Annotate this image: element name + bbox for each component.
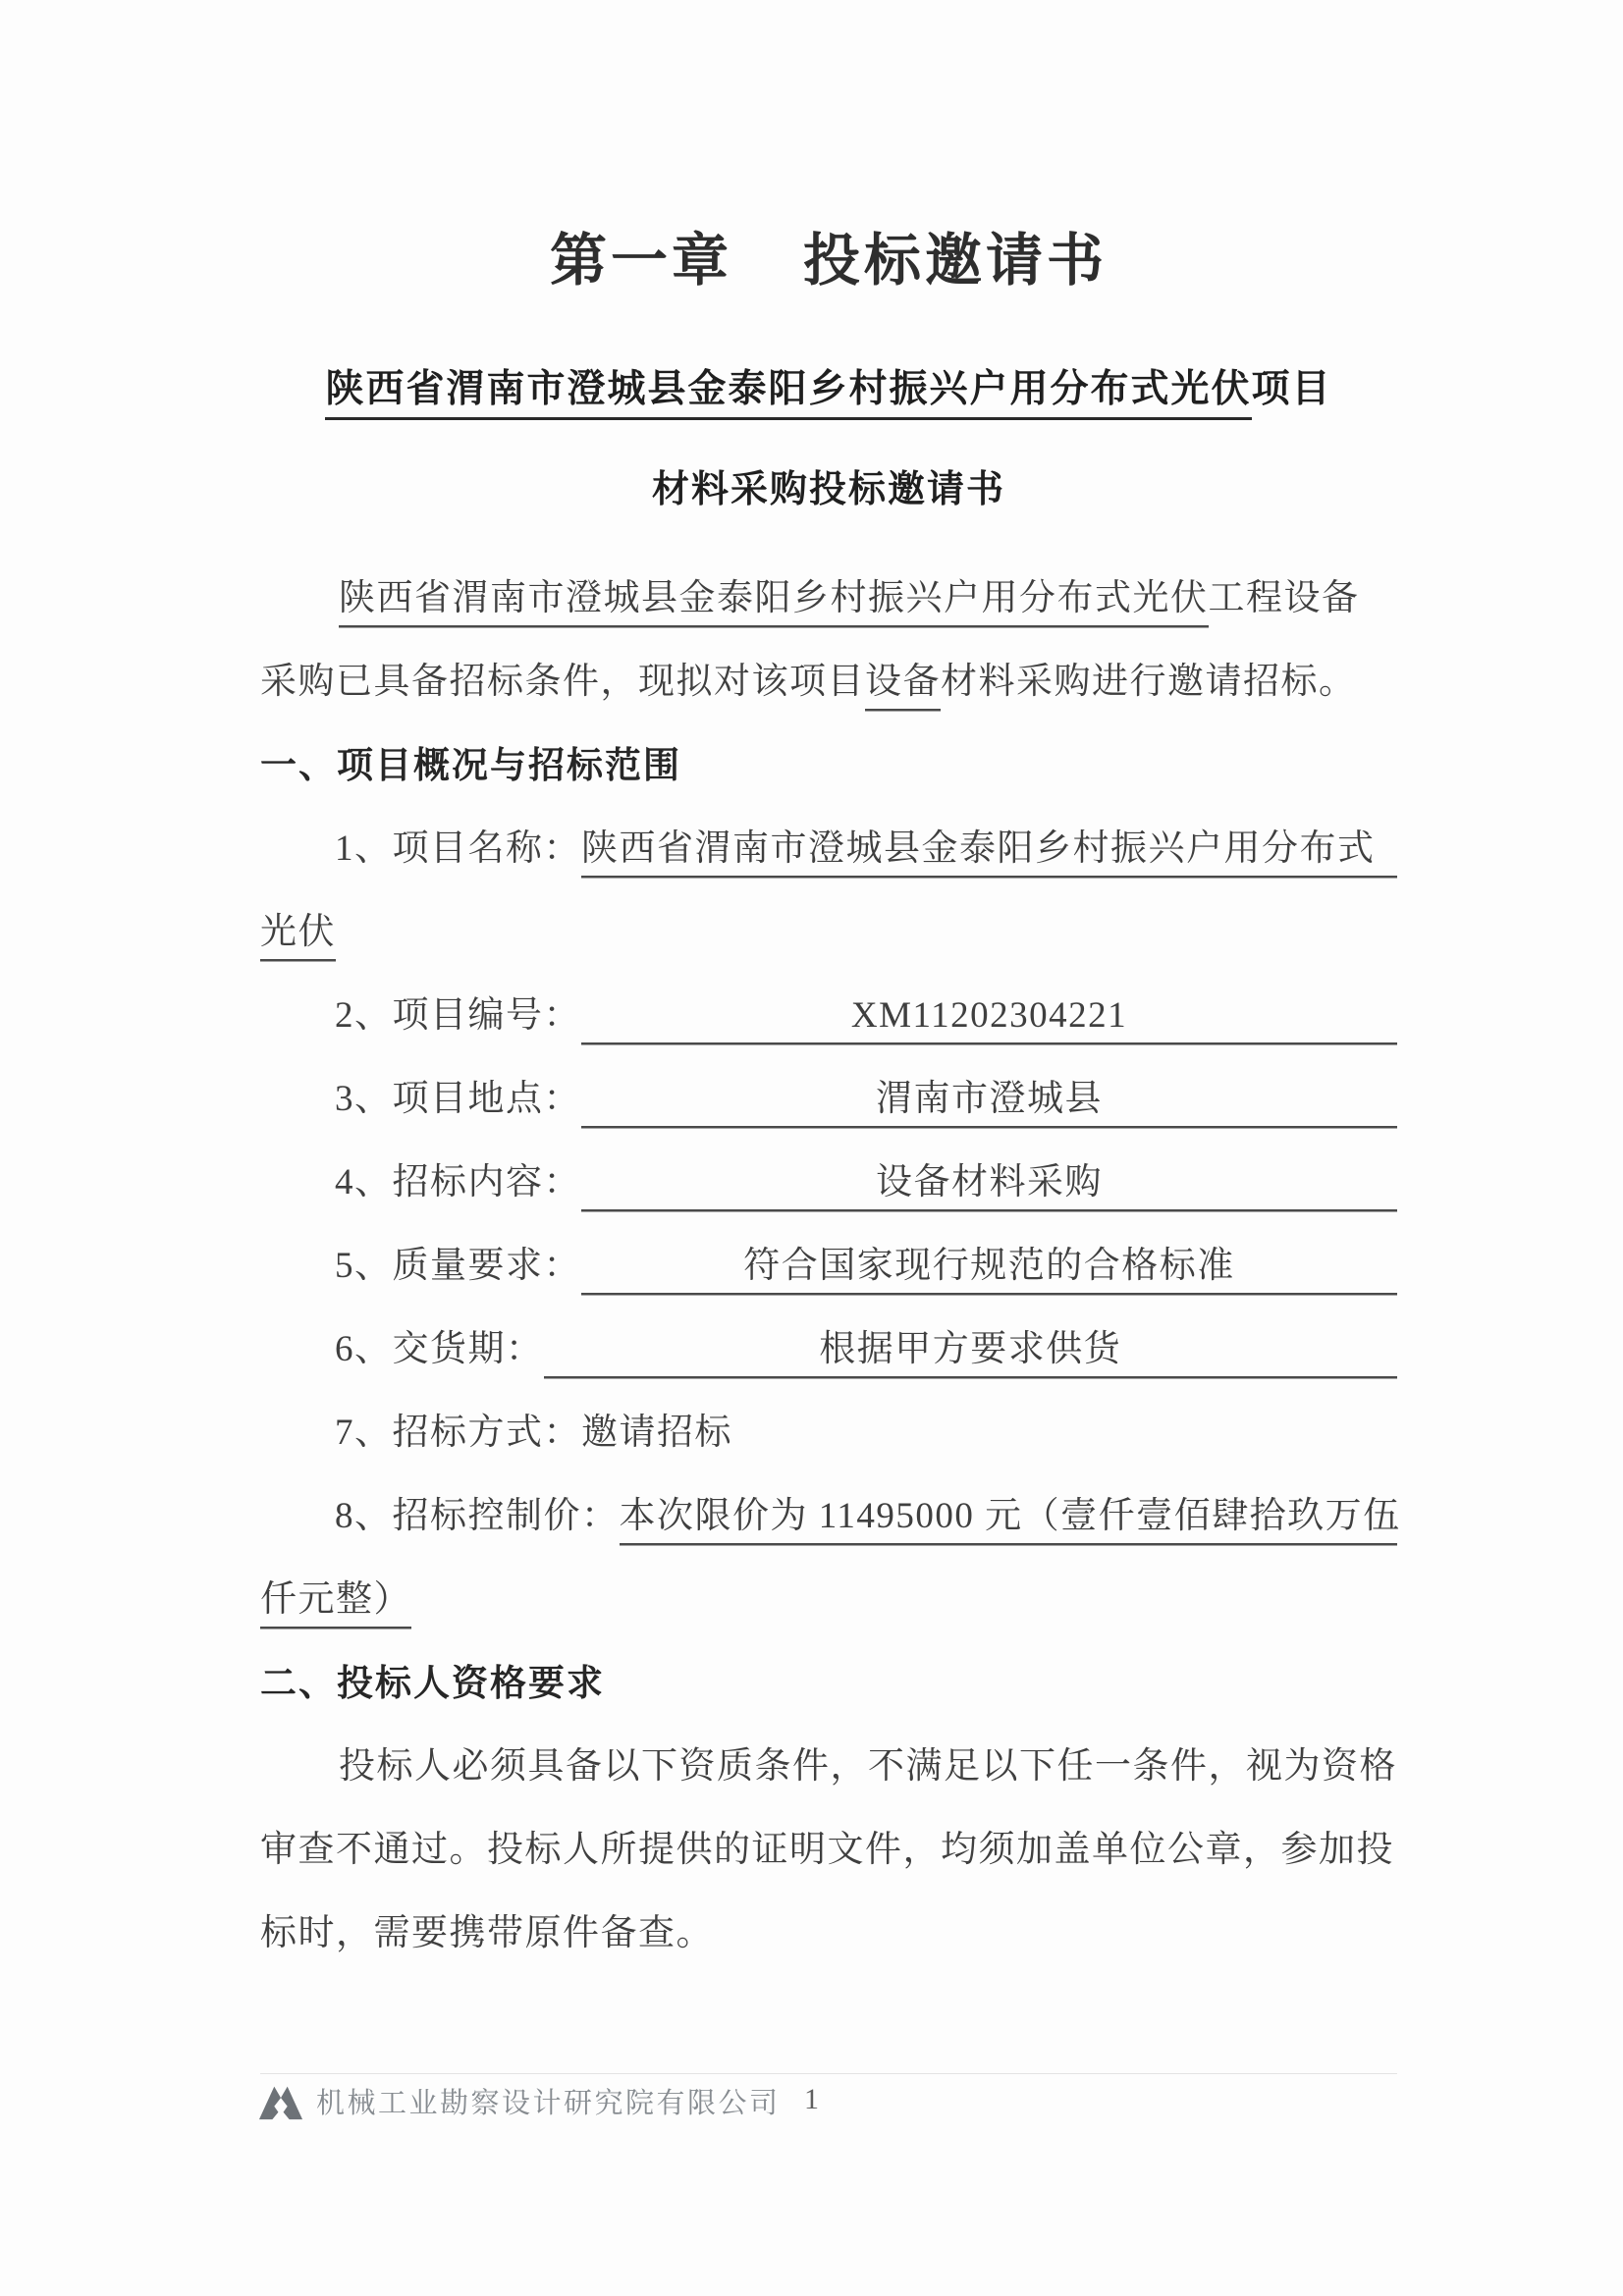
- qualification-line-1: 投标人必须具备以下资质条件，不满足以下任一条件，视为资格: [260, 1725, 1397, 1808]
- document-subtitle: 材料采购投标邀请书: [260, 444, 1397, 537]
- item-value-underlined: 根据甲方要求供货: [544, 1308, 1398, 1391]
- item-value-underlined: XM11202304221: [581, 974, 1397, 1057]
- item-tender-content: 4、招标内容：设备材料采购: [260, 1141, 1397, 1224]
- qualification-line-2: 审查不通过。投标人所提供的证明文件，均须加盖单位公章，参加投: [260, 1808, 1397, 1892]
- item-value-underlined: 渭南市澄城县: [581, 1057, 1397, 1141]
- footer-divider: [260, 2073, 1397, 2074]
- item-value-underlined: 陕西省渭南市澄城县金泰阳乡村振兴户用分布式: [581, 807, 1397, 890]
- item-label: 8、招标控制价：: [335, 1474, 620, 1558]
- item-label: 7、招标方式：: [335, 1391, 581, 1474]
- item-control-price-continuation: 仟元整）: [260, 1558, 1397, 1641]
- intro-equipment-underlined: 设备: [865, 640, 941, 723]
- intro-line-1-rest: 工程设备: [1209, 578, 1360, 618]
- item-label: 3、项目地点：: [335, 1057, 581, 1141]
- intro-line-2-tail: 材料采购进行邀请招标。: [941, 662, 1357, 702]
- project-title-suffix: 项目: [1252, 368, 1332, 410]
- item-value-underlined: 本次限价为 11495000 元（壹仟壹佰肆拾玖万伍: [620, 1474, 1398, 1558]
- item-value-underlined: 仟元整）: [260, 1558, 411, 1641]
- project-title: 陕西省渭南市澄城县金泰阳乡村振兴户用分布式光伏项目: [260, 343, 1397, 436]
- item-value-underlined: 符合国家现行规范的合格标准: [581, 1224, 1397, 1308]
- intro-line-2-text: 采购已具备招标条件，现拟对该项目: [260, 662, 865, 702]
- item-label: 4、招标内容：: [335, 1141, 581, 1224]
- item-delivery-period: 6、交货期：根据甲方要求供货: [260, 1308, 1397, 1391]
- item-project-number: 2、项目编号：XM11202304221: [260, 974, 1397, 1057]
- item-value-underlined: 设备材料采购: [581, 1141, 1397, 1224]
- item-tender-method: 7、招标方式：邀请招标: [260, 1391, 1397, 1474]
- item-project-name: 1、项目名称：陕西省渭南市澄城县金泰阳乡村振兴户用分布式: [260, 807, 1397, 890]
- chapter-title: 第一章投标邀请书: [260, 214, 1397, 307]
- item-value: 邀请招标: [581, 1391, 732, 1474]
- item-label: 1、项目名称：: [335, 807, 581, 890]
- scanned-document-page: 第一章投标邀请书 陕西省渭南市澄城县金泰阳乡村振兴户用分布式光伏项目 材料采购投…: [0, 0, 1623, 2296]
- section-1-heading: 一、项目概况与招标范围: [260, 723, 1397, 807]
- intro-line-1: 陕西省渭南市澄城县金泰阳乡村振兴户用分布式光伏工程设备: [260, 557, 1397, 640]
- item-project-name-continuation: 光伏: [260, 890, 1397, 974]
- item-project-location: 3、项目地点：渭南市澄城县: [260, 1057, 1397, 1141]
- section-2-heading: 二、投标人资格要求: [260, 1641, 1397, 1725]
- item-value-underlined: 光伏: [260, 890, 336, 974]
- document-content: 第一章投标邀请书 陕西省渭南市澄城县金泰阳乡村振兴户用分布式光伏项目 材料采购投…: [260, 0, 1397, 1975]
- intro-project-name-underlined: 陕西省渭南市澄城县金泰阳乡村振兴户用分布式光伏: [339, 557, 1209, 640]
- qualification-line-3: 标时，需要携带原件备查。: [260, 1892, 1397, 1975]
- page-number: 1: [0, 2083, 1623, 2116]
- item-label: 2、项目编号：: [335, 974, 581, 1057]
- document-body: 陕西省渭南市澄城县金泰阳乡村振兴户用分布式光伏工程设备 采购已具备招标条件，现拟…: [260, 557, 1397, 1975]
- item-quality-requirement: 5、质量要求：符合国家现行规范的合格标准: [260, 1224, 1397, 1308]
- item-label: 6、交货期：: [335, 1308, 544, 1391]
- chapter-name: 投标邀请书: [803, 229, 1108, 293]
- item-control-price: 8、招标控制价：本次限价为 11495000 元（壹仟壹佰肆拾玖万伍: [260, 1474, 1397, 1558]
- item-label: 5、质量要求：: [335, 1224, 581, 1308]
- project-title-underlined: 陕西省渭南市澄城县金泰阳乡村振兴户用分布式光伏: [325, 343, 1251, 436]
- chapter-number: 第一章: [550, 229, 732, 293]
- intro-line-2: 采购已具备招标条件，现拟对该项目设备材料采购进行邀请招标。: [260, 640, 1397, 723]
